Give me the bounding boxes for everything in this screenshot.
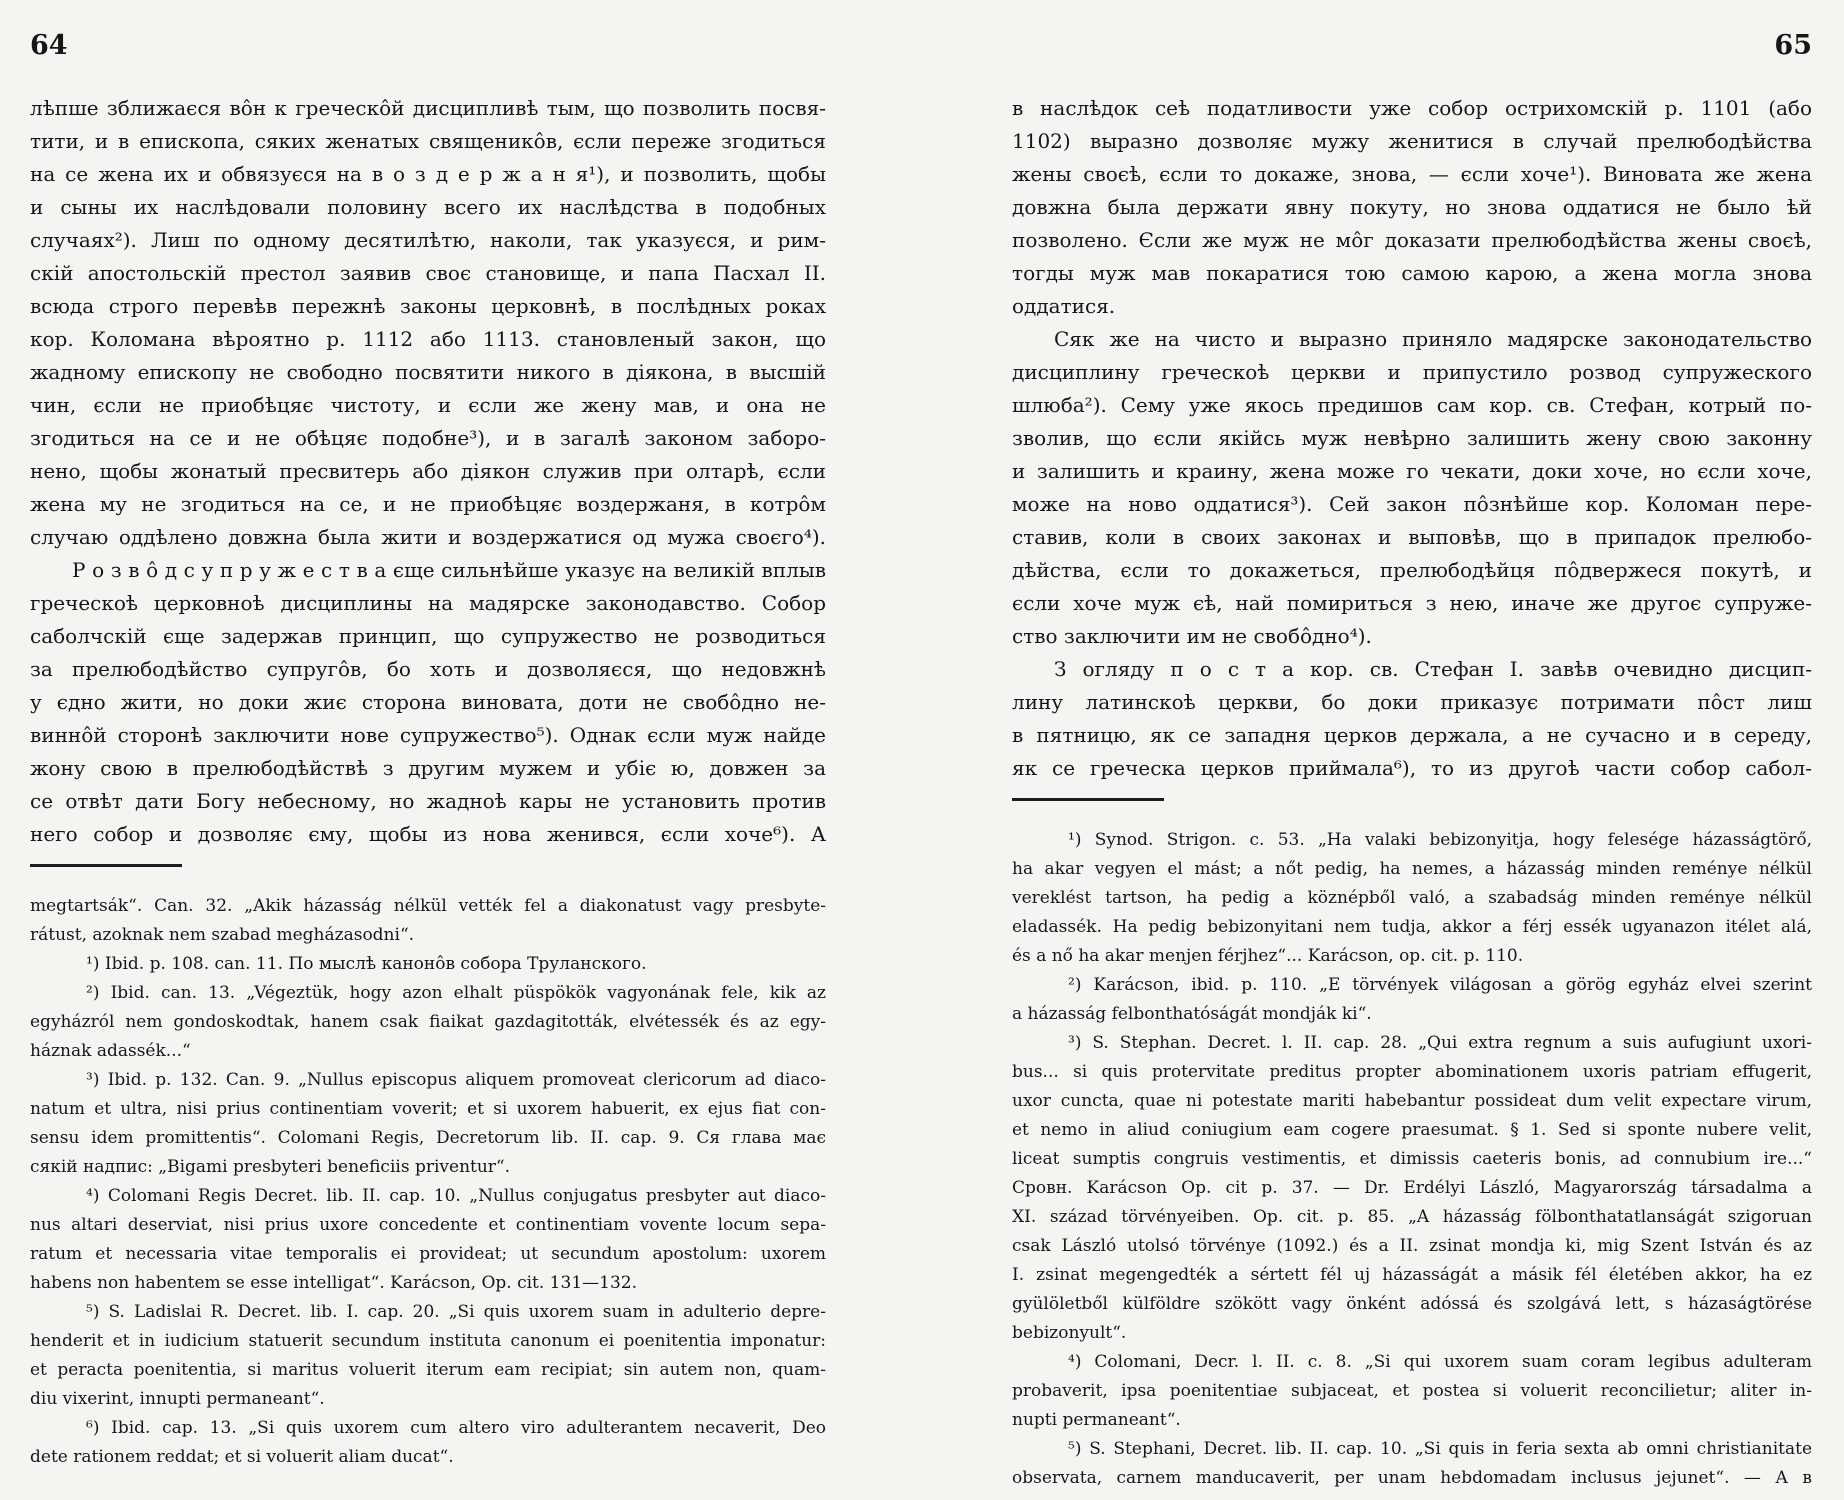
text-line: henderit et in iudicium statuerit secund…: [30, 1327, 826, 1356]
text-line: uxor cuncta, quae ni potestate mariti ha…: [1012, 1087, 1812, 1116]
text-line: всюда строго перевѣв пережнѣ законы церк…: [30, 290, 826, 323]
text-line: сякій надпис: „Bigami presbyteri benefic…: [30, 1153, 826, 1182]
text-line: згодиться на се и не обѣцяє подобне³), и…: [30, 422, 826, 455]
text-line: чин, єсли не приобѣцяє чистоту, и єсли ж…: [30, 389, 826, 422]
text-line: ⁴) Colomani, Decr. l. II. c. 8. „Si qui …: [1012, 1348, 1812, 1377]
text-line: в наслѣдок сеѣ податливости уже собор ос…: [1012, 92, 1812, 125]
text-line: háznak adassék...“: [30, 1037, 826, 1066]
text-line: dete rationem reddat; et si voluerit ali…: [30, 1443, 826, 1472]
text-line: лину латинскоѣ церкви, бо доки приказує …: [1012, 686, 1812, 719]
text-line: ¹) Synod. Strigon. c. 53. „Ha valaki beb…: [1012, 826, 1812, 855]
text-line: в пятницю, як се западня церков держала,…: [1012, 719, 1812, 752]
text-line: ²) Ibid. can. 13. „Végeztük, hogy azon e…: [30, 979, 826, 1008]
text-line: megtartsák“. Can. 32. „Akik házasság nél…: [30, 892, 826, 921]
text-line: habens non habentem se esse intelligat“.…: [30, 1269, 826, 1298]
text-line: як се греческа церков приймала⁶), то из …: [1012, 752, 1812, 785]
text-line: жены своєѣ, єсли то докаже, знова, — єсл…: [1012, 158, 1812, 191]
page-64: 64 лѣпше зближаєся вôн к греческôй дисци…: [30, 30, 826, 1472]
text-line: egyházról nem gondoskodtak, hanem csak f…: [30, 1008, 826, 1037]
main-text-right: в наслѣдок сеѣ податливости уже собор ос…: [1012, 92, 1812, 785]
text-line: rátust, azoknak nem szabad megházasodni“…: [30, 921, 826, 950]
text-line: a házasság felbonthatóságát mondják ki“.: [1012, 1000, 1812, 1029]
text-line: жону свою в прелюбодѣйствѣ з другим муже…: [30, 752, 826, 785]
text-line: саболчскій єще задержав принцип, що супр…: [30, 620, 826, 653]
main-text-left: лѣпше зближаєся вôн к греческôй дисципли…: [30, 92, 826, 851]
text-line: шлюба²). Сему уже якось предишов сам кор…: [1012, 389, 1812, 422]
text-line: 1102) выразно дозволяє мужу женитися в с…: [1012, 125, 1812, 158]
text-line: у єдно жити, но доки жиє сторона виноват…: [30, 686, 826, 719]
text-line: случаях²). Лиш по одному десятилѣтю, нак…: [30, 224, 826, 257]
text-line: оддатися.: [1012, 290, 1812, 323]
text-line: ⁵) S. Ladislai R. Decret. lib. I. cap. 2…: [30, 1298, 826, 1327]
text-line: et nemo in aliud coniugium eam cogere pr…: [1012, 1116, 1812, 1145]
text-line: и сыны их наслѣдовали половину всего их …: [30, 191, 826, 224]
text-line: тогды муж мав покаратися тою самою карою…: [1012, 257, 1812, 290]
text-line: vereklést tartson, ha pedig a köznépből …: [1012, 884, 1812, 913]
text-line: довжна была держати явну покуту, но знов…: [1012, 191, 1812, 224]
text-line: probaverit, ipsa poenitentiae subjaceat,…: [1012, 1377, 1812, 1406]
text-line: és a nő ha akar menjen férjhez“... Karác…: [1012, 942, 1812, 971]
text-line: виннôй сторонѣ заключити нове супружеств…: [30, 719, 826, 752]
footnotes-left: megtartsák“. Can. 32. „Akik házasság nél…: [30, 892, 826, 1472]
text-line: за прелюбодѣйство супругôв, бо хоть и до…: [30, 653, 826, 686]
text-line: I. zsinat megengedték a sértett fél uj h…: [1012, 1261, 1812, 1290]
text-line: Р о з в ô д с у п р у ж е с т в а єще си…: [30, 554, 826, 587]
text-line: natum et ultra, nisi prius continentiam …: [30, 1095, 826, 1124]
text-line: Сровн. Karácson Op. cit p. 37. — Dr. Erd…: [1012, 1174, 1812, 1203]
page-number-left: 64: [30, 30, 826, 64]
text-line: ⁴) Colomani Regis Decret. lib. II. cap. …: [30, 1182, 826, 1211]
text-line: се отвѣт дати Богу небесному, но жадноѣ …: [30, 785, 826, 818]
text-line: дисциплину греческоѣ церкви и припустило…: [1012, 356, 1812, 389]
text-line: греческоѣ церковноѣ дисциплины на мадярс…: [30, 587, 826, 620]
text-line: ha akar vegyen el mást; a nőt pedig, ha …: [1012, 855, 1812, 884]
text-line: него собор и дозволяє єму, щобы из нова …: [30, 818, 826, 851]
text-line: diu vixerint, innupti permaneant“.: [30, 1385, 826, 1414]
text-line: жадному епископу не свободно посвятити н…: [30, 356, 826, 389]
text-line: скій апостольскій престол заявив своє ст…: [30, 257, 826, 290]
text-line: csak László utolsó törvénye (1092.) és a…: [1012, 1232, 1812, 1261]
text-line: може на ново оддатися³). Сей закон пôзнѣ…: [1012, 488, 1812, 521]
text-line: тити, и в епископа, сяких женатых священ…: [30, 125, 826, 158]
text-line: liceat sumptis congruis vestimentis, et …: [1012, 1145, 1812, 1174]
text-line: жена му не згодиться на се, и не приобѣц…: [30, 488, 826, 521]
page-65: 65 в наслѣдок сеѣ податливости уже собор…: [1012, 30, 1812, 1493]
text-line: ⁶) Ibid. cap. 13. „Si quis uxorem cum al…: [30, 1414, 826, 1443]
footnote-separator-right: [1012, 798, 1164, 801]
text-line: позволено. Єсли же муж не мôг доказати п…: [1012, 224, 1812, 257]
text-line: eladassék. Ha pedig bebizonyitani nem tu…: [1012, 913, 1812, 942]
text-line: ratum et necessaria vitae temporalis ei …: [30, 1240, 826, 1269]
book-scan: 64 лѣпше зближаєся вôн к греческôй дисци…: [0, 0, 1844, 1500]
text-line: bus... si quis protervitate preditus pro…: [1012, 1058, 1812, 1087]
footnotes-right: ¹) Synod. Strigon. c. 53. „Ha valaki beb…: [1012, 826, 1812, 1493]
text-line: ⁵) S. Stephani, Decret. lib. II. cap. 10…: [1012, 1435, 1812, 1464]
text-line: nupti permaneant“.: [1012, 1406, 1812, 1435]
text-line: nus altari deserviat, nisi prius uxore c…: [30, 1211, 826, 1240]
text-line: ¹) Ibid. p. 108. can. 11. По мыслѣ канон…: [30, 950, 826, 979]
text-line: нено, щобы жонатый пресвитерь або діякон…: [30, 455, 826, 488]
text-line: кор. Коломана вѣроятно р. 1112 або 1113.…: [30, 323, 826, 356]
text-line: ³) S. Stephan. Decret. l. II. cap. 28. „…: [1012, 1029, 1812, 1058]
text-line: ство заключити им не свобôдно⁴).: [1012, 620, 1812, 653]
text-line: Сяк же на чисто и выразно приняло мадярс…: [1012, 323, 1812, 356]
footnote-separator-left: [30, 864, 182, 867]
text-line: ³) Ibid. p. 132. Can. 9. „Nullus episcop…: [30, 1066, 826, 1095]
page-number-right: 65: [1012, 30, 1812, 64]
text-line: и залишить и краину, жена може го чекати…: [1012, 455, 1812, 488]
text-line: ²) Karácson, ibid. p. 110. „E törvények …: [1012, 971, 1812, 1000]
text-line: et peracta poenitentia, si maritus volue…: [30, 1356, 826, 1385]
text-line: зволив, що єсли якійсь муж невѣрно залиш…: [1012, 422, 1812, 455]
text-line: bebizonyult“.: [1012, 1319, 1812, 1348]
text-line: observata, carnem manducaverit, per unam…: [1012, 1464, 1812, 1493]
text-line: ставив, коли в своих законах и выповѣв, …: [1012, 521, 1812, 554]
text-line: дѣйства, єсли то докажеться, прелюбодѣйц…: [1012, 554, 1812, 587]
text-line: XI. század törvényeiben. Op. cit. p. 85.…: [1012, 1203, 1812, 1232]
text-line: З огляду п о с т а кор. св. Стефан I. за…: [1012, 653, 1812, 686]
text-line: gyülöletből külföldre szökött vagy önkén…: [1012, 1290, 1812, 1319]
text-line: sensu idem promittentis“. Colomani Regis…: [30, 1124, 826, 1153]
text-line: на се жена их и обвязуєся на в о з д е р…: [30, 158, 826, 191]
text-line: случаю оддѣлено довжна была жити и возде…: [30, 521, 826, 554]
text-line: єсли хоче муж єѣ, най помириться з нею, …: [1012, 587, 1812, 620]
text-line: лѣпше зближаєся вôн к греческôй дисципли…: [30, 92, 826, 125]
